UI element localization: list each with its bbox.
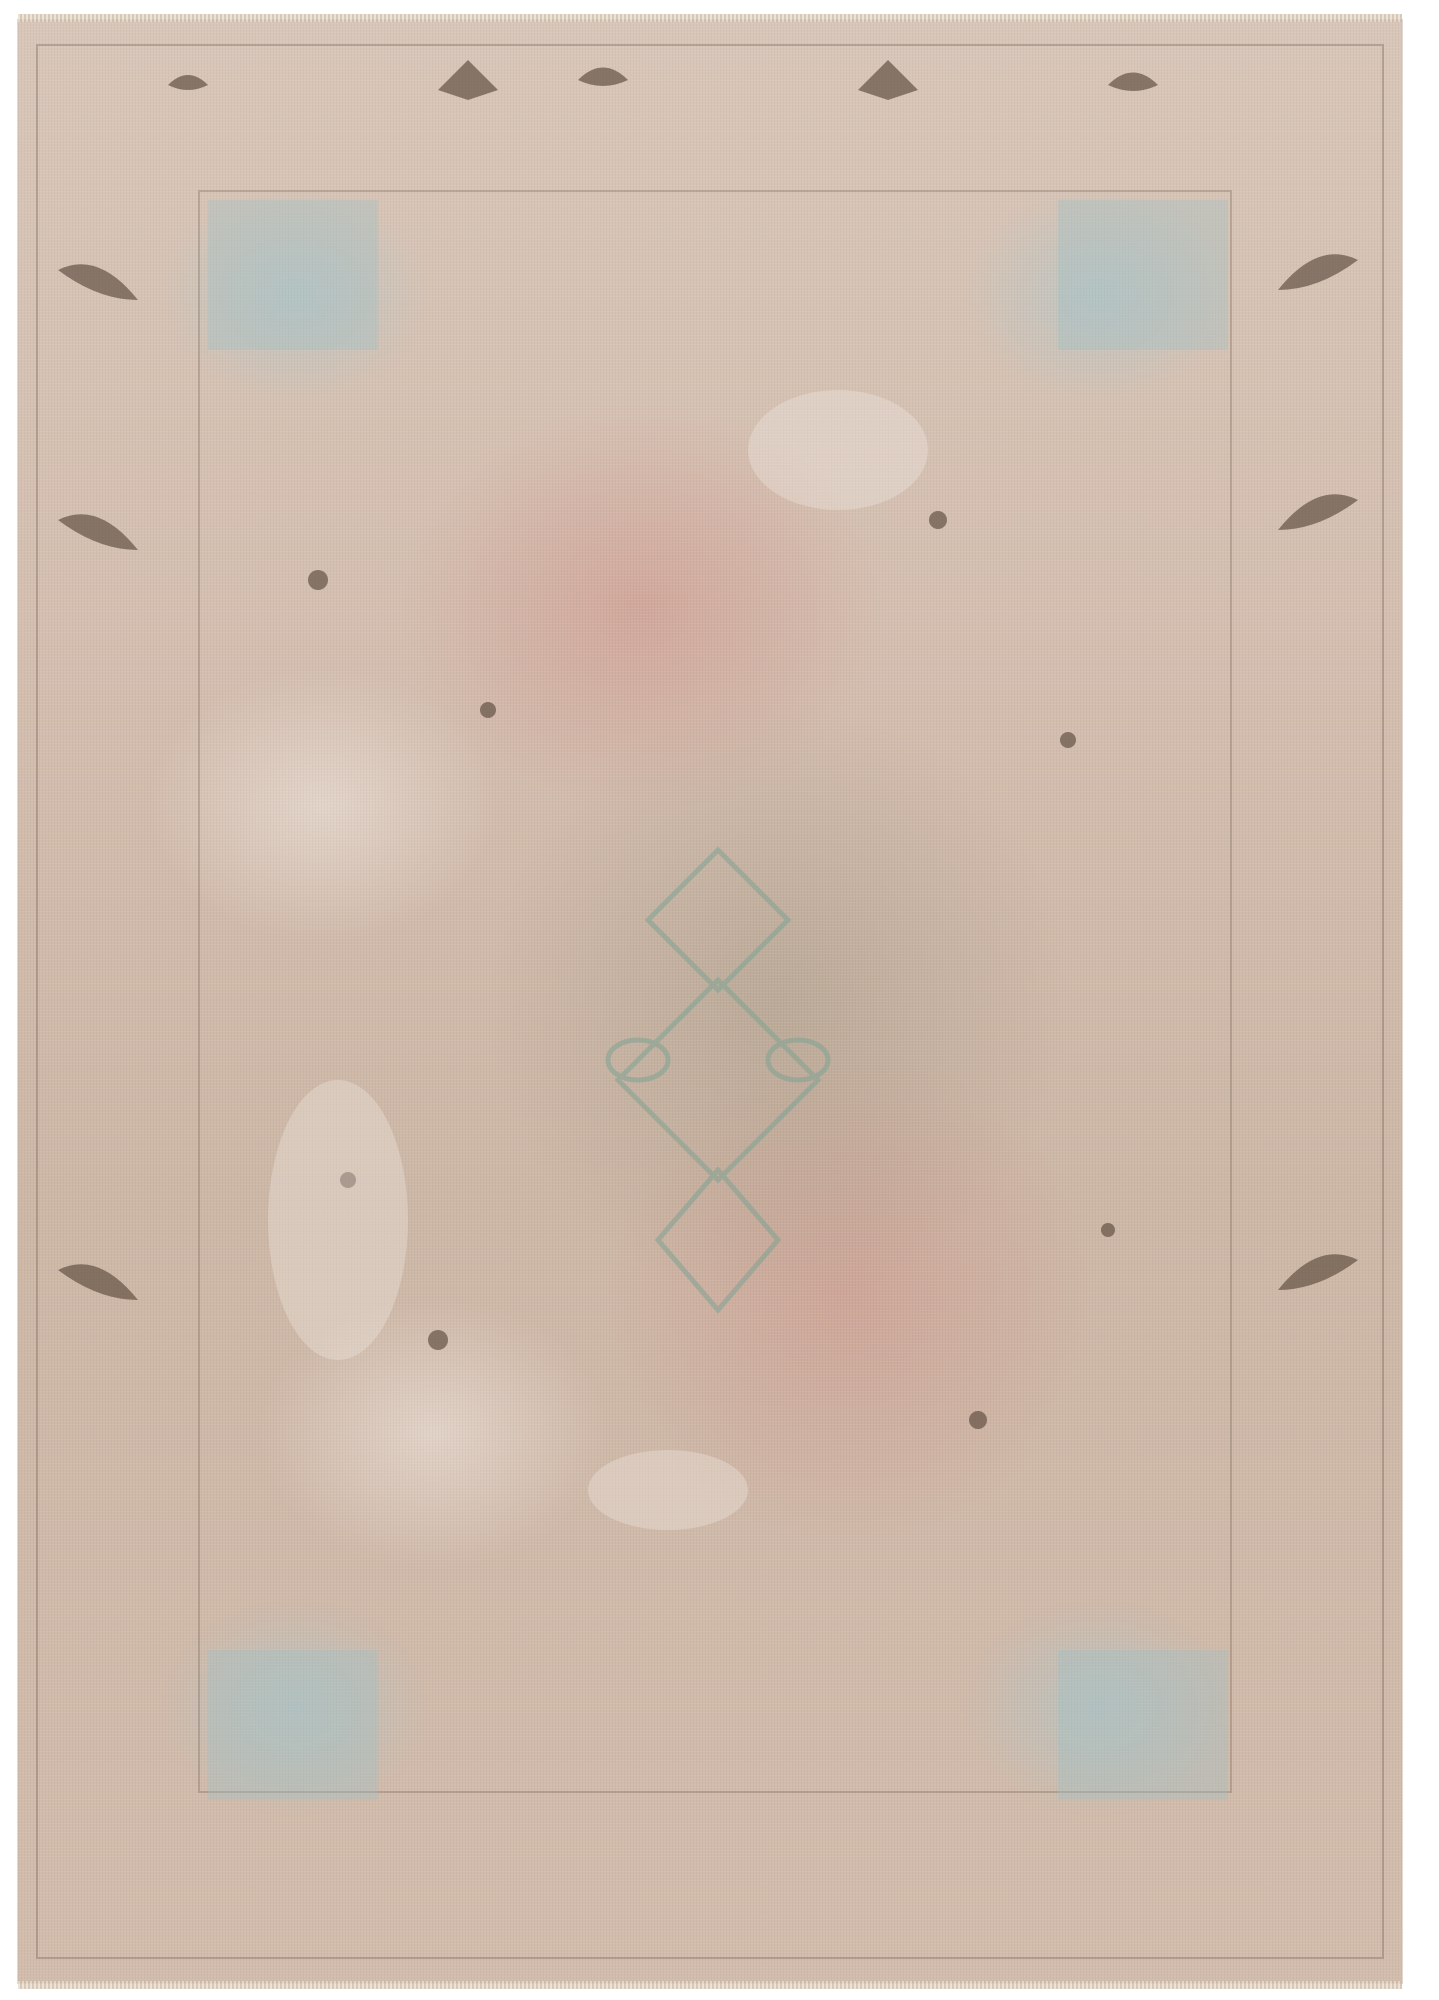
rug-photo: [18, 20, 1402, 1983]
rug-border-motifs: [18, 20, 1402, 1983]
